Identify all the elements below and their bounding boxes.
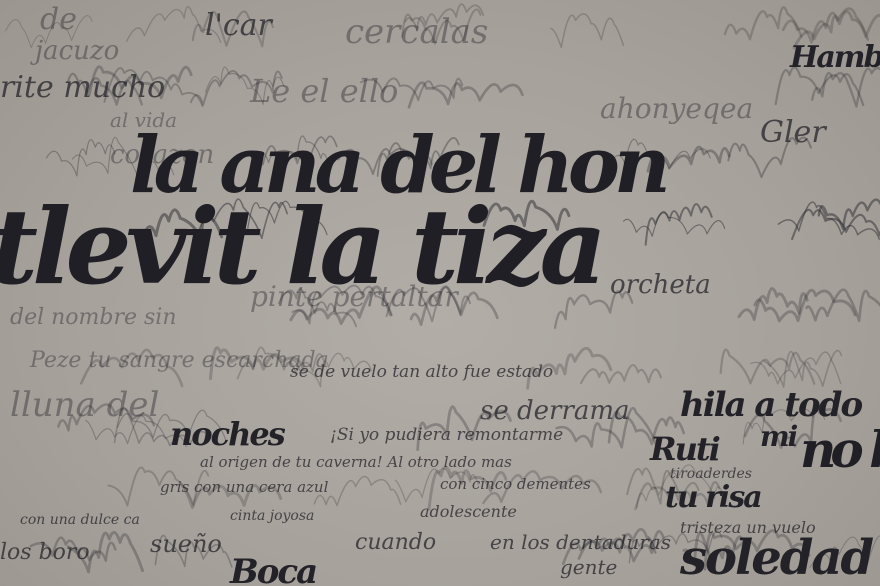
word-boca: Boca bbox=[230, 552, 316, 586]
word-cuando: cuando bbox=[355, 530, 436, 555]
line-en-los-dentaduras: en los dentaduras bbox=[490, 530, 671, 554]
word-tu-risa: tu risa bbox=[665, 480, 761, 515]
word-le-el-ello: Le el ello bbox=[250, 72, 398, 110]
word-pinte-pertaltar: pinte pertaltar bbox=[250, 280, 458, 313]
word-del-nombre: del nombre sin bbox=[10, 305, 177, 330]
word-adolescente: adolescente bbox=[420, 502, 517, 521]
line-gris-con-cera: gris con una cera azul bbox=[160, 478, 328, 496]
word-orcheta: orcheta bbox=[610, 270, 711, 300]
line-cinco-dementes: con cinco dementes bbox=[440, 475, 591, 493]
word-los-boro: los boro bbox=[0, 540, 90, 565]
word-cercalas: cercalas bbox=[345, 12, 488, 52]
line-al-origen: al origen de tu caverna! Al otro lado ma… bbox=[200, 453, 512, 471]
line-de-vuelo: se de vuelo tan alto fue estado bbox=[290, 362, 553, 382]
word-hambo: Hambo bbox=[790, 40, 880, 75]
word-de: de bbox=[40, 2, 77, 37]
line-si-yo-pudiera: ¡Si yo pudiera remontarme bbox=[330, 425, 563, 445]
handwritten-wall-photo: de jacuzo l'car cercalas Hambo rite much… bbox=[0, 0, 880, 586]
word-noches: noches bbox=[170, 415, 284, 453]
word-gler: Gler bbox=[760, 115, 826, 150]
word-mi: mi bbox=[760, 420, 796, 453]
line-peze-tu-sangre: Peze tu sangre escarchada bbox=[30, 348, 329, 373]
word-lcar: l'car bbox=[205, 8, 272, 43]
word-soledad: soledad bbox=[680, 530, 872, 586]
word-lluna-del: lluna del bbox=[10, 385, 159, 425]
word-rite-mucho: rite mucho bbox=[0, 70, 165, 105]
word-gente: gente bbox=[560, 555, 617, 579]
line-con-una-dulce: con una dulce ca bbox=[20, 512, 140, 528]
word-sueno: sueño bbox=[150, 530, 222, 558]
word-se-derrama: se derrama bbox=[480, 396, 630, 426]
line-cinta-joyosa: cinta joyosa bbox=[230, 508, 314, 524]
word-jacuzo: jacuzo bbox=[35, 36, 119, 66]
word-ruti: Ruti bbox=[650, 430, 719, 468]
word-no-hay: no hay bbox=[800, 420, 880, 479]
word-hila-a-todo: hila a todo bbox=[680, 385, 861, 425]
